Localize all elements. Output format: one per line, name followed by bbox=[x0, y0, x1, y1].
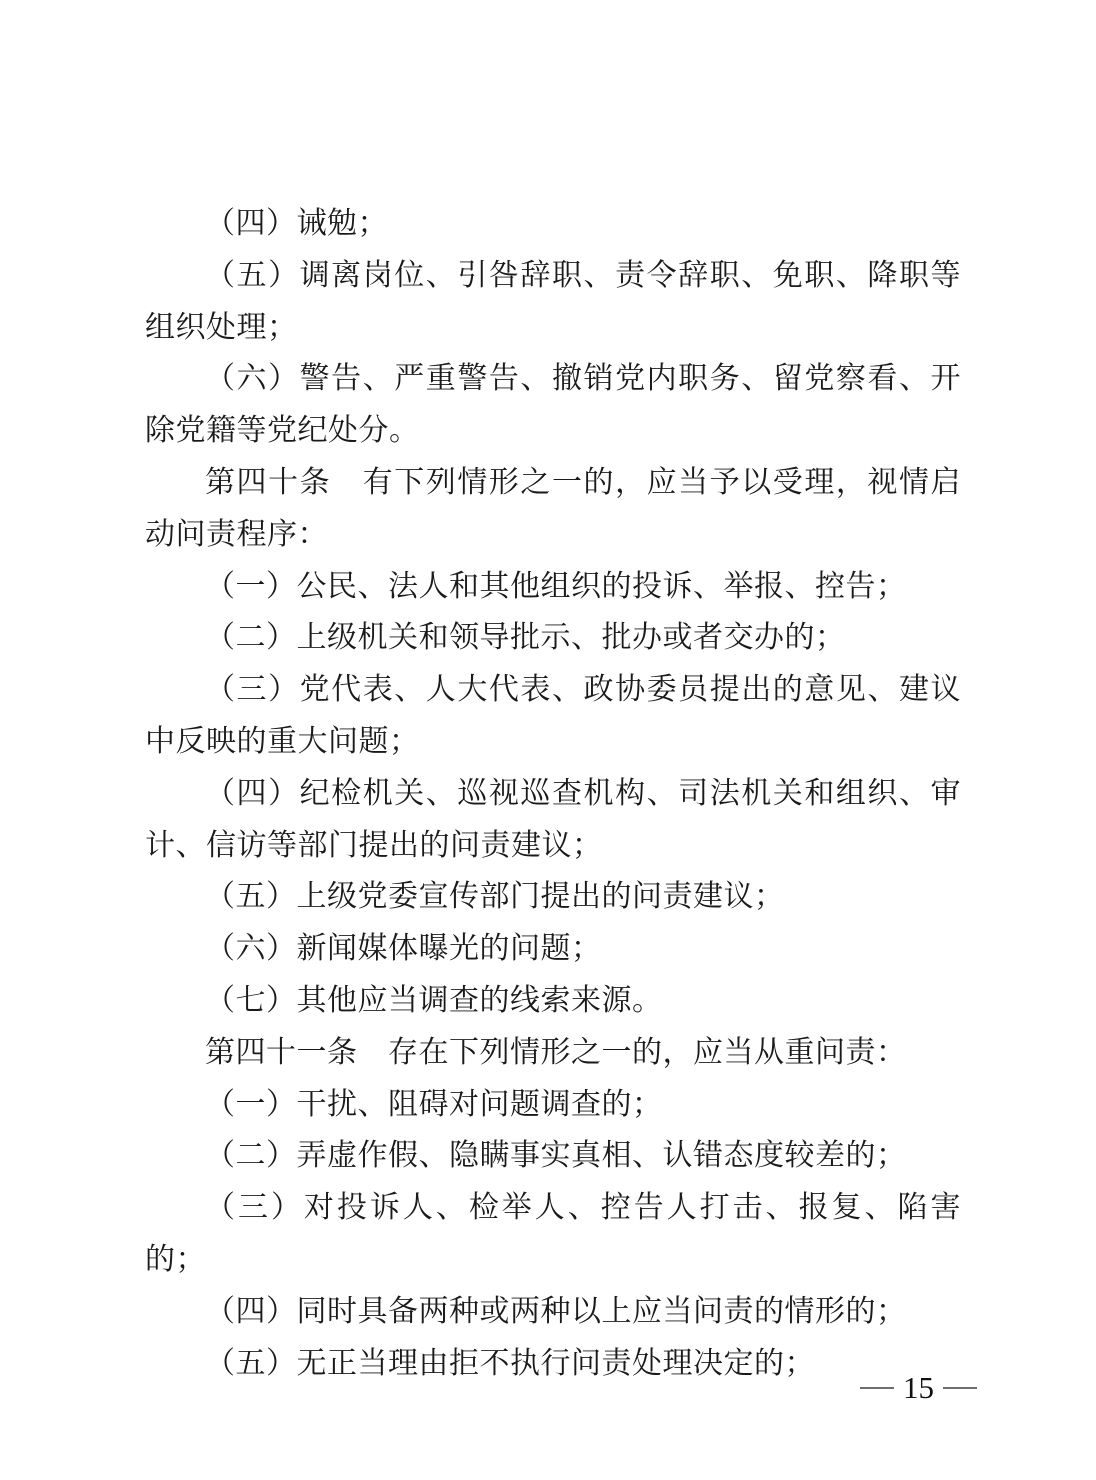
paragraph: （四）诫勉； bbox=[145, 198, 961, 250]
paragraph: （四）纪检机关、巡视巡查机构、司法机关和组织、审计、信访等部门提出的问责建议； bbox=[145, 768, 961, 872]
paragraph: （一）干扰、阻碍对问题调查的； bbox=[145, 1079, 961, 1131]
paragraph: （一）公民、法人和其他组织的投诉、举报、控告； bbox=[145, 561, 961, 613]
page-number-dash-right bbox=[943, 1387, 977, 1389]
page-number-value: 15 bbox=[903, 1368, 934, 1408]
paragraph: （六）新闻媒体曝光的问题； bbox=[145, 923, 961, 975]
paragraph: （五）无正当理由拒不执行问责处理决定的； bbox=[145, 1338, 961, 1390]
page-number-dash-left bbox=[860, 1387, 894, 1389]
paragraph: （三）对投诉人、检举人、控告人打击、报复、陷害的； bbox=[145, 1182, 961, 1286]
document-body: （四）诫勉； （五）调离岗位、引咎辞职、责令辞职、免职、降职等组织处理； （六）… bbox=[145, 198, 961, 1389]
document-page: （四）诫勉； （五）调离岗位、引咎辞职、责令辞职、免职、降职等组织处理； （六）… bbox=[0, 0, 1096, 1480]
paragraph-article-41: 第四十一条 存在下列情形之一的，应当从重问责： bbox=[145, 1027, 961, 1079]
page-number: 15 bbox=[860, 1368, 977, 1408]
paragraph: （七）其他应当调查的线索来源。 bbox=[145, 975, 961, 1027]
paragraph: （五）调离岗位、引咎辞职、责令辞职、免职、降职等组织处理； bbox=[145, 250, 961, 354]
paragraph: （四）同时具备两种或两种以上应当问责的情形的； bbox=[145, 1286, 961, 1338]
paragraph: （二）弄虚作假、隐瞒事实真相、认错态度较差的； bbox=[145, 1130, 961, 1182]
paragraph: （三）党代表、人大代表、政协委员提出的意见、建议中反映的重大问题； bbox=[145, 664, 961, 768]
paragraph: （二）上级机关和领导批示、批办或者交办的； bbox=[145, 612, 961, 664]
paragraph: （六）警告、严重警告、撤销党内职务、留党察看、开除党籍等党纪处分。 bbox=[145, 353, 961, 457]
paragraph: （五）上级党委宣传部门提出的问责建议； bbox=[145, 871, 961, 923]
paragraph-article-40: 第四十条 有下列情形之一的，应当予以受理，视情启动问责程序： bbox=[145, 457, 961, 561]
